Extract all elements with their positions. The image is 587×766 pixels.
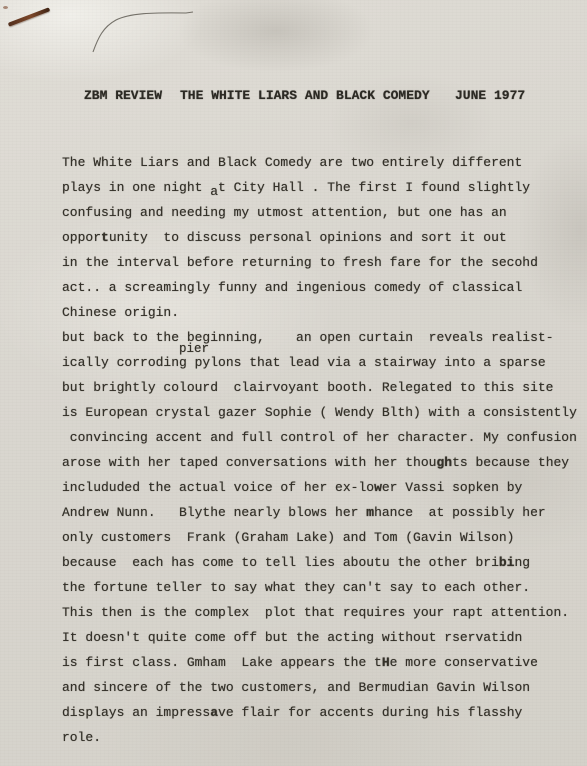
text-line: is European crystal gazer Sophie ( Wendy… — [62, 400, 572, 425]
text-line: confusing and needing my utmost attentio… — [62, 200, 572, 225]
text-line: because each has come to tell lies about… — [62, 550, 572, 575]
text-segment: because each has come to tell lies about… — [62, 555, 499, 570]
text-line: The White Liars and Black Comedy are two… — [62, 150, 572, 175]
text-line: arose with her taped conversations with … — [62, 450, 572, 475]
text-segment: Andrew Nunn. Blythe nearly blows her — [62, 505, 366, 520]
text-line: act.. a screamingly funny and ingenious … — [62, 275, 572, 300]
page-title: THE WHITE LIARS AND BLACK COMEDY — [180, 88, 430, 103]
scanned-review-page: ZBM REVIEW THE WHITE LIARS AND BLACK COM… — [0, 0, 587, 766]
text-segment: ts because they — [452, 455, 569, 470]
text-segment: t City Hall . The first I found slightly — [218, 180, 530, 195]
text-segment: displays an impress — [62, 705, 210, 720]
text-segment: includuded the actual voice of her ex-lo — [62, 480, 374, 495]
text-line: ically corroding pylons that lead via a … — [62, 350, 572, 375]
text-line: but back to thepier beginning, an open c… — [62, 325, 572, 350]
text-segment: ve flair for accents during his flasshy — [218, 705, 522, 720]
text-line: is first class. Gmham Lake appears the t… — [62, 650, 572, 675]
text-line: but brightly colourd clairvoyant booth. … — [62, 375, 572, 400]
text-segment: oppor — [62, 230, 101, 245]
text-line: role. — [62, 725, 572, 750]
text-segment: arose with her taped conversations with … — [62, 455, 436, 470]
text-line: includuded the actual voice of her ex-lo… — [62, 475, 572, 500]
text-segment: w — [374, 480, 382, 495]
review-date: JUNE 1977 — [455, 88, 525, 103]
text-line: opportunity to discuss personal opinions… — [62, 225, 572, 250]
text-segment: hance at possibly her — [374, 505, 546, 520]
text-line: Chinese origin. — [62, 300, 572, 325]
text-segment: unity to discuss personal opinions and s… — [109, 230, 507, 245]
rust-dot-mark — [3, 6, 8, 9]
text-segment: beginning, an open curtain reveals reali… — [179, 330, 553, 345]
text-segment: plays in one night — [62, 180, 210, 195]
text-segment: gh — [436, 455, 452, 470]
text-segment: er Vassi sopken by — [382, 480, 522, 495]
document-header: ZBM REVIEW THE WHITE LIARS AND BLACK COM… — [0, 88, 587, 108]
review-source-label: ZBM REVIEW — [84, 88, 162, 103]
text-segment: m — [366, 505, 374, 520]
text-segment: is first class. Gmham Lake appears the t — [62, 655, 382, 670]
text-line: Andrew Nunn. Blythe nearly blows her mha… — [62, 500, 572, 525]
text-segment: but back to the — [62, 330, 179, 345]
text-segment: ng — [514, 555, 530, 570]
text-segment: H — [382, 655, 390, 670]
text-line: This then is the complex plot that requi… — [62, 600, 572, 625]
text-segment: e more conservative — [390, 655, 538, 670]
text-line: only customers Frank (Graham Lake) and T… — [62, 525, 572, 550]
text-segment: a — [210, 705, 218, 720]
document-body: The White Liars and Black Comedy are two… — [62, 150, 572, 750]
text-line: It doesn't quite come off but the acting… — [62, 625, 572, 650]
text-line: the fortune teller to say what they can'… — [62, 575, 572, 600]
text-line: displays an impressave flair for accents… — [62, 700, 572, 725]
text-line: and sincere of the two customers, and Be… — [62, 675, 572, 700]
text-line: convincing accent and full control of he… — [62, 425, 572, 450]
text-segment: bi — [499, 555, 515, 570]
text-line: in the interval before returning to fres… — [62, 250, 572, 275]
text-segment: t — [101, 230, 109, 245]
rusty-staple-mark — [8, 7, 51, 27]
text-line: plays in one night at City Hall . The fi… — [62, 175, 572, 200]
text-segment: a — [210, 184, 218, 199]
